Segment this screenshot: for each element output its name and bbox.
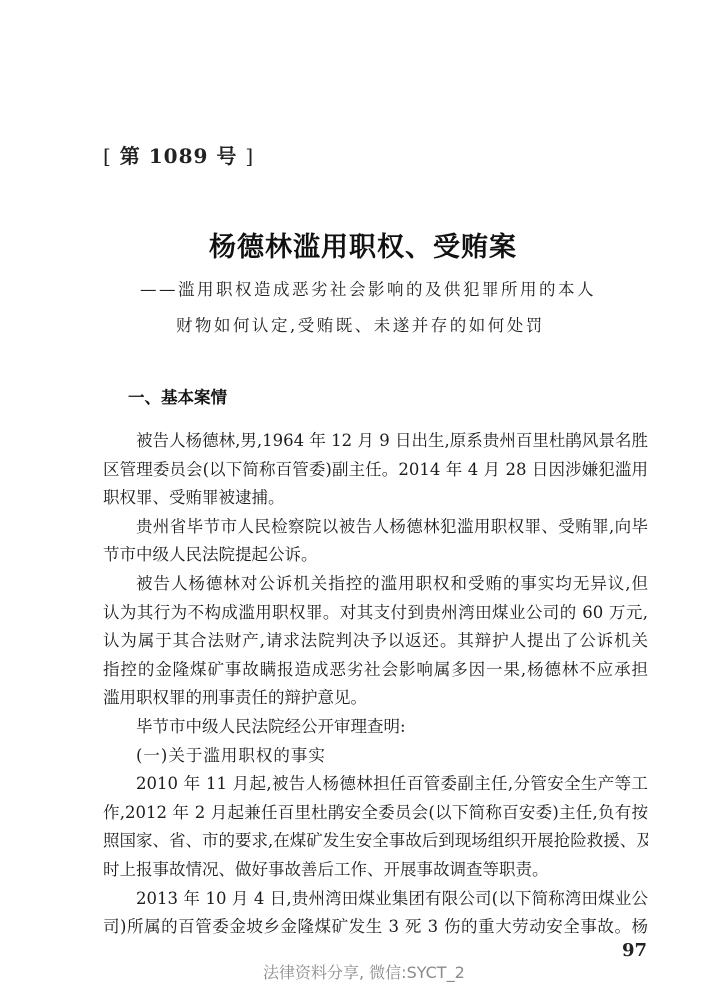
body-line: 认为其行为不构成滥用职权罪。对其支付到贵州湾田煤业公司的 60 万元, [103, 599, 648, 628]
watermark: 法律资料分享, 微信:SYCT_2 [263, 960, 465, 983]
body-line: 毕节市中级人民法院经公开审理查明: [103, 713, 648, 742]
case-title: 杨德林滥用职权、受贿案 [0, 225, 726, 264]
body-line: 节市中级人民法院提起公诉。 [103, 541, 648, 570]
body-line: 被告人杨德林对公诉机关指控的滥用职权和受贿的事实均无异议,但 [103, 570, 648, 599]
body-line: 区管理委员会(以下简称百管委)副主任。2014 年 4 月 28 日因涉嫌犯滥用 [103, 456, 648, 485]
case-number-label: 第 1089 号 [120, 144, 238, 168]
section-heading: 一、基本案情 [128, 384, 227, 408]
subtitle-line-1: ——滥用职权造成恶劣社会影响的及供犯罪所用的本人 [140, 276, 660, 300]
body-line: 被告人杨德林,男,1964 年 12 月 9 日出生,原系贵州百里杜鹃风景名胜 [103, 427, 648, 456]
body-line: 2010 年 11 月起,被告人杨德林担任百管委副主任,分管安全生产等工 [103, 770, 648, 799]
document-page: [ 第 1089 号 ] 杨德林滥用职权、受贿案 ——滥用职权造成恶劣社会影响的… [0, 0, 726, 999]
body-line: 司)所属的百管委金坡乡金隆煤矿发生 3 死 3 伤的重大劳动安全事故。杨 [103, 913, 648, 942]
body-line: 照国家、省、市的要求,在煤矿发生安全事故后到现场组织开展抢险救援、及 [103, 827, 648, 856]
body-line: 滥用职权罪的刑事责任的辩护意见。 [103, 684, 648, 713]
body-line: 作,2012 年 2 月起兼任百里杜鹃安全委员会(以下简称百安委)主任,负有按 [103, 799, 648, 828]
body-line: 2013 年 10 月 4 日,贵州湾田煤业集团有限公司(以下简称湾田煤业公 [103, 885, 648, 914]
body-line: 时上报事故情况、做好事故善后工作、开展事故调查等职责。 [103, 856, 648, 885]
body-line: 职权罪、受贿罪被逮捕。 [103, 484, 648, 513]
bracket-close: ] [245, 144, 254, 168]
body-text: 被告人杨德林,男,1964 年 12 月 9 日出生,原系贵州百里杜鹃风景名胜 … [103, 427, 648, 942]
body-line: 指控的金隆煤矿事故瞒报造成恶劣社会影响属多因一果,杨德林不应承担 [103, 656, 648, 685]
body-line: 认为属于其合法财产,请求法院判决予以返还。其辩护人提出了公诉机关 [103, 627, 648, 656]
body-line: 贵州省毕节市人民检察院以被告人杨德林犯滥用职权罪、受贿罪,向毕 [103, 513, 648, 542]
case-number: [ 第 1089 号 ] [103, 140, 254, 169]
subsection-heading: (一)关于滥用职权的事实 [103, 742, 648, 771]
page-number: 97 [622, 940, 647, 961]
subtitle-line-2: 财物如何认定,受贿既、未遂并存的如何处罚 [176, 312, 696, 336]
bracket-open: [ [103, 144, 112, 168]
